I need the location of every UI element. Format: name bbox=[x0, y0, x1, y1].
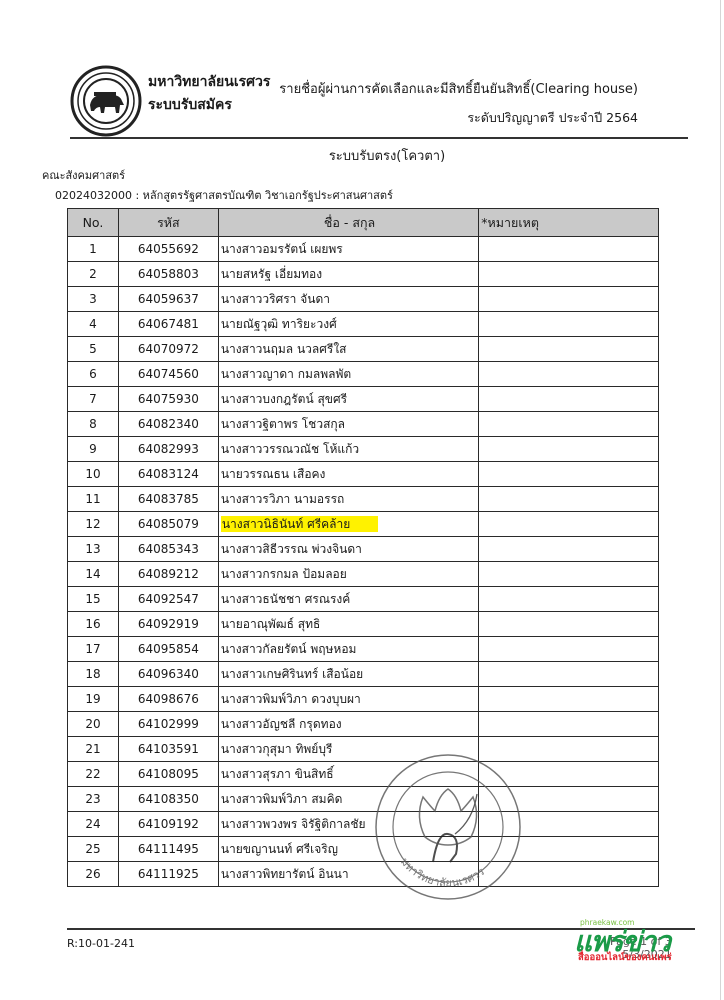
table-row: 1364085343นางสาวสิธีวรรณ พ่วงจินดา bbox=[68, 537, 659, 562]
column-header-name: ชื่อ - สกุล bbox=[218, 209, 478, 237]
row-number: 1 bbox=[68, 237, 119, 262]
student-name: นางสาวบงกฎรัตน์ สุขศรี bbox=[218, 387, 478, 412]
document-subtitle: ระดับปริญญาตรี ประจำปี 2564 bbox=[467, 108, 638, 128]
table-row: 1064083124นายวรรณธน เสือคง bbox=[68, 462, 659, 487]
row-number: 25 bbox=[68, 837, 119, 862]
remark bbox=[479, 237, 659, 262]
remark bbox=[479, 762, 659, 787]
student-id: 64082340 bbox=[118, 412, 218, 437]
row-number: 5 bbox=[68, 337, 119, 362]
table-row: 964082993นางสาววรรณวณัช โห้แก้ว bbox=[68, 437, 659, 462]
row-number: 21 bbox=[68, 737, 119, 762]
row-number: 6 bbox=[68, 362, 119, 387]
remark bbox=[479, 687, 659, 712]
table-row: 2164103591นางสาวกุสุมา ทิพย์บุรี bbox=[68, 737, 659, 762]
student-name: นายอาณุพัฒธ์ สุทธิ bbox=[218, 612, 478, 637]
student-name: นางสาวฐิตาพร โชวสกุล bbox=[218, 412, 478, 437]
student-id: 64070972 bbox=[118, 337, 218, 362]
student-name: นางสาวธนัชชา ศรณรงค์ bbox=[218, 587, 478, 612]
remark bbox=[479, 862, 659, 887]
student-id: 64096340 bbox=[118, 662, 218, 687]
student-name: นางสาวกรกมล ป้อมลอย bbox=[218, 562, 478, 587]
student-id: 64098676 bbox=[118, 687, 218, 712]
row-number: 12 bbox=[68, 512, 119, 537]
student-name: นายขญานนท์ ศรีเจริญ bbox=[218, 837, 478, 862]
student-id: 64092919 bbox=[118, 612, 218, 637]
table-row: 864082340นางสาวฐิตาพร โชวสกุล bbox=[68, 412, 659, 437]
student-id: 64085343 bbox=[118, 537, 218, 562]
row-number: 19 bbox=[68, 687, 119, 712]
table-row: 2664111925นางสาวพิทยารัตน์ อินนา bbox=[68, 862, 659, 887]
student-id: 64082993 bbox=[118, 437, 218, 462]
remark bbox=[479, 462, 659, 487]
header-divider bbox=[70, 137, 688, 139]
remark bbox=[479, 562, 659, 587]
row-number: 15 bbox=[68, 587, 119, 612]
row-number: 13 bbox=[68, 537, 119, 562]
student-id: 64111925 bbox=[118, 862, 218, 887]
faculty-name: คณะสังคมศาสตร์ bbox=[42, 166, 125, 184]
row-number: 9 bbox=[68, 437, 119, 462]
admission-list-table: No. รหัส ชื่อ - สกุล *หมายเหตุ 164055692… bbox=[67, 208, 659, 887]
student-id: 64085079 bbox=[118, 512, 218, 537]
table-row: 1464089212นางสาวกรกมล ป้อมลอย bbox=[68, 562, 659, 587]
remark bbox=[479, 437, 659, 462]
row-number: 18 bbox=[68, 662, 119, 687]
table-row: 1164083785นางสาวรวิภา นามอรรถ bbox=[68, 487, 659, 512]
student-id: 64075930 bbox=[118, 387, 218, 412]
remark bbox=[479, 337, 659, 362]
table-body: 164055692นางสาวอมรรัตน์ เผยพร264058803นา… bbox=[68, 237, 659, 887]
remark bbox=[479, 637, 659, 662]
university-name: มหาวิทยาลัยนเรศวร bbox=[148, 71, 270, 93]
remark bbox=[479, 787, 659, 812]
student-id: 64102999 bbox=[118, 712, 218, 737]
row-number: 26 bbox=[68, 862, 119, 887]
table-row: 664074560นางสาวญาดา กมลพลพัต bbox=[68, 362, 659, 387]
student-id: 64089212 bbox=[118, 562, 218, 587]
remark bbox=[479, 387, 659, 412]
table-row: 464067481นายณัฐวุฒิ ทาริยะวงศ์ bbox=[68, 312, 659, 337]
remark bbox=[479, 262, 659, 287]
row-number: 14 bbox=[68, 562, 119, 587]
student-name: นางสาวพวงพร จิรัฐิติกาลชัย bbox=[218, 812, 478, 837]
row-number: 3 bbox=[68, 287, 119, 312]
student-id: 64111495 bbox=[118, 837, 218, 862]
table-row: 2564111495นายขญานนท์ ศรีเจริญ bbox=[68, 837, 659, 862]
admission-round: ระบบรับตรง(โควตา) bbox=[0, 145, 724, 166]
student-name: นายสหรัฐ เอี่ยมทอง bbox=[218, 262, 478, 287]
table-row: 1864096340นางสาวเกษศิรินทร์ เสือน้อย bbox=[68, 662, 659, 687]
column-header-note: *หมายเหตุ bbox=[479, 209, 659, 237]
student-id: 64055692 bbox=[118, 237, 218, 262]
row-number: 20 bbox=[68, 712, 119, 737]
student-id: 64108095 bbox=[118, 762, 218, 787]
table-row: 1664092919นายอาณุพัฒธ์ สุทธิ bbox=[68, 612, 659, 637]
table-row: 1264085079นางสาวนิธินันท์ ศรีคล้าย bbox=[68, 512, 659, 537]
student-name: นางสาวอมรรัตน์ เผยพร bbox=[218, 237, 478, 262]
university-logo-icon bbox=[70, 65, 142, 137]
table-row: 164055692นางสาวอมรรัตน์ เผยพร bbox=[68, 237, 659, 262]
row-number: 16 bbox=[68, 612, 119, 637]
table-row: 2264108095นางสาวสุรภา ขินสิทธิ์ bbox=[68, 762, 659, 787]
student-id: 64058803 bbox=[118, 262, 218, 287]
student-id: 64109192 bbox=[118, 812, 218, 837]
remark bbox=[479, 737, 659, 762]
student-name: นางสาววริศรา จันดา bbox=[218, 287, 478, 312]
student-name: นางสาวนฤมล นวลศรีใส bbox=[218, 337, 478, 362]
student-id: 64108350 bbox=[118, 787, 218, 812]
table-row: 1564092547นางสาวธนัชชา ศรณรงค์ bbox=[68, 587, 659, 612]
form-code: R:10-01-241 bbox=[67, 937, 135, 950]
remark bbox=[479, 287, 659, 312]
student-name: นางสาวพิทยารัตน์ อินนา bbox=[218, 862, 478, 887]
student-name: นางสาวนิธินันท์ ศรีคล้าย bbox=[218, 512, 478, 537]
student-name: นางสาวรวิภา นามอรรถ bbox=[218, 487, 478, 512]
system-name: ระบบรับสมัคร bbox=[148, 94, 232, 116]
highlighted-name: นางสาวนิธินันท์ ศรีคล้าย bbox=[221, 516, 378, 532]
row-number: 11 bbox=[68, 487, 119, 512]
student-name: นางสาวญาดา กมลพลพัต bbox=[218, 362, 478, 387]
student-name: นางสาวพิมพ์วิภา สมคิด bbox=[218, 787, 478, 812]
remark bbox=[479, 487, 659, 512]
row-number: 8 bbox=[68, 412, 119, 437]
student-name: นางสาวกัลยรัตน์ พฤษหอม bbox=[218, 637, 478, 662]
student-id: 64095854 bbox=[118, 637, 218, 662]
student-id: 64059637 bbox=[118, 287, 218, 312]
document-title: รายชื่อผู้ผ่านการคัดเลือกและมีสิทธิ์ยืนย… bbox=[279, 78, 638, 99]
remark bbox=[479, 662, 659, 687]
student-name: นางสาวสุรภา ขินสิทธิ์ bbox=[218, 762, 478, 787]
student-name: นางสาวพิมพ์วิภา ดวงบุบผา bbox=[218, 687, 478, 712]
program-name: 02024032000 : หลักสูตรรัฐศาสตรบัณฑิต วิช… bbox=[55, 186, 393, 204]
student-id: 64083124 bbox=[118, 462, 218, 487]
student-id: 64067481 bbox=[118, 312, 218, 337]
row-number: 23 bbox=[68, 787, 119, 812]
remark bbox=[479, 512, 659, 537]
column-header-id: รหัส bbox=[118, 209, 218, 237]
column-header-no: No. bbox=[68, 209, 119, 237]
remark bbox=[479, 712, 659, 737]
table-row: 364059637นางสาววริศรา จันดา bbox=[68, 287, 659, 312]
student-name: นายวรรณธน เสือคง bbox=[218, 462, 478, 487]
remark bbox=[479, 587, 659, 612]
remark bbox=[479, 312, 659, 337]
row-number: 7 bbox=[68, 387, 119, 412]
table-row: 264058803นายสหรัฐ เอี่ยมทอง bbox=[68, 262, 659, 287]
table-row: 2364108350นางสาวพิมพ์วิภา สมคิด bbox=[68, 787, 659, 812]
table-row: 2064102999นางสาวอัญชลี กรุดทอง bbox=[68, 712, 659, 737]
student-name: นางสาววรรณวณัช โห้แก้ว bbox=[218, 437, 478, 462]
row-number: 2 bbox=[68, 262, 119, 287]
student-name: นางสาวเกษศิรินทร์ เสือน้อย bbox=[218, 662, 478, 687]
student-id: 64092547 bbox=[118, 587, 218, 612]
row-number: 4 bbox=[68, 312, 119, 337]
student-id: 64103591 bbox=[118, 737, 218, 762]
remark bbox=[479, 612, 659, 637]
row-number: 22 bbox=[68, 762, 119, 787]
remark bbox=[479, 812, 659, 837]
remark bbox=[479, 537, 659, 562]
remark bbox=[479, 412, 659, 437]
table-row: 2464109192นางสาวพวงพร จิรัฐิติกาลชัย bbox=[68, 812, 659, 837]
row-number: 24 bbox=[68, 812, 119, 837]
student-name: นายณัฐวุฒิ ทาริยะวงศ์ bbox=[218, 312, 478, 337]
table-header-row: No. รหัส ชื่อ - สกุล *หมายเหตุ bbox=[68, 209, 659, 237]
student-id: 64074560 bbox=[118, 362, 218, 387]
watermark-tagline: สื่อออนไลน์ของคนแพร่ bbox=[578, 950, 672, 965]
remark bbox=[479, 837, 659, 862]
row-number: 17 bbox=[68, 637, 119, 662]
student-name: นางสาวอัญชลี กรุดทอง bbox=[218, 712, 478, 737]
student-name: นางสาวสิธีวรรณ พ่วงจินดา bbox=[218, 537, 478, 562]
table-row: 764075930นางสาวบงกฎรัตน์ สุขศรี bbox=[68, 387, 659, 412]
student-name: นางสาวกุสุมา ทิพย์บุรี bbox=[218, 737, 478, 762]
student-id: 64083785 bbox=[118, 487, 218, 512]
remark bbox=[479, 362, 659, 387]
row-number: 10 bbox=[68, 462, 119, 487]
table-row: 1764095854นางสาวกัลยรัตน์ พฤษหอม bbox=[68, 637, 659, 662]
table-row: 1964098676นางสาวพิมพ์วิภา ดวงบุบผา bbox=[68, 687, 659, 712]
table-row: 564070972นางสาวนฤมล นวลศรีใส bbox=[68, 337, 659, 362]
